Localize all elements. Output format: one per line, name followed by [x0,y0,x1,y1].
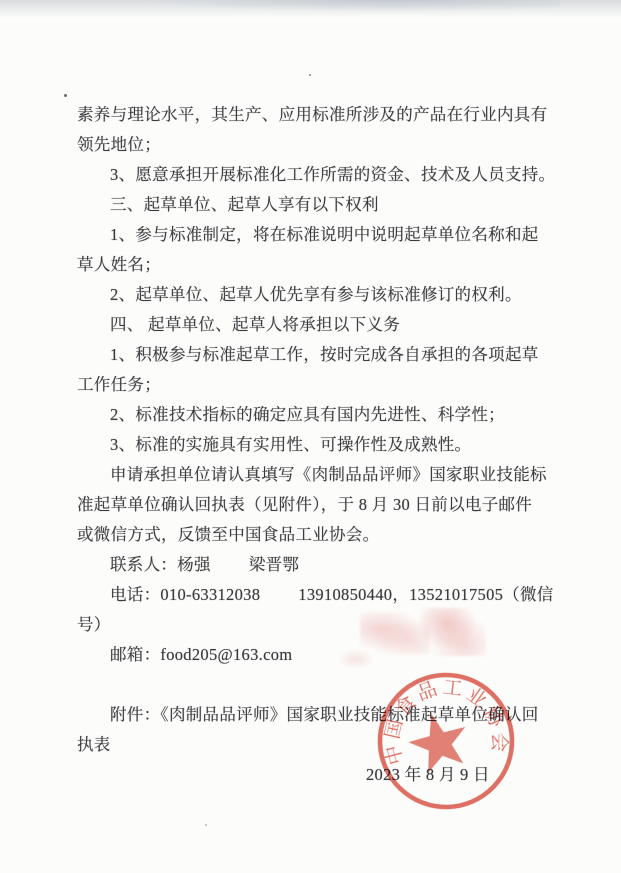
text-line: 草人姓名； [77,250,552,280]
scan-edge-shadow [0,0,621,18]
phone-line: 电话：010-63312038 13910850440，13521017505（… [77,580,552,610]
text-line: 三、起草单位、起草人享有以下权利 [77,190,552,220]
text-line: 3、标准的实施具有实用性、可操作性及成熟性。 [77,430,552,460]
text-line: 领先地位； [77,130,552,160]
scan-edge-shadow [140,0,560,12]
text-line: 准起草单位确认回执表（见附件），于 8 月 30 日前以电子邮件 [77,490,552,520]
text-line: 1、积极参与标准起草工作，按时完成各自承担的各项起草 [77,340,552,370]
text-line: 工作任务； [77,370,552,400]
text-line: 2、起草单位、起草人优先享有参与该标准修订的权利。 [77,280,552,310]
contact-person-line: 联系人：杨强 梁晋鄂 [77,550,552,580]
text-line: 素养与理论水平，其生产、应用标准所涉及的产品在行业内具有 [77,100,552,130]
text-line: 3、愿意承担开展标准化工作所需的资金、技术及人员支持。 [77,160,552,190]
scan-speck [64,94,67,97]
official-seal-stamp: 中国食品工业协会 [359,654,533,828]
text-line: 号） [77,610,552,640]
scan-speck [205,824,207,826]
text-line: 申请承担单位请认真填写《肉制品品评师》国家职业技能标 [77,460,552,490]
scanned-document-page: 素养与理论水平，其生产、应用标准所涉及的产品在行业内具有 领先地位； 3、愿意承… [0,0,621,873]
text-line: 或微信方式，反馈至中国食品工业协会。 [77,520,552,550]
scan-speck [309,74,311,76]
text-line: 1、参与标准制定，将在标准说明中说明起草单位名称和起 [77,220,552,250]
seal-star-icon [403,706,475,775]
text-line: 四、 起草单位、起草人将承担以下义务 [77,310,552,340]
text-line: 2、标准技术指标的确定应具有国内先进性、科学性； [77,400,552,430]
